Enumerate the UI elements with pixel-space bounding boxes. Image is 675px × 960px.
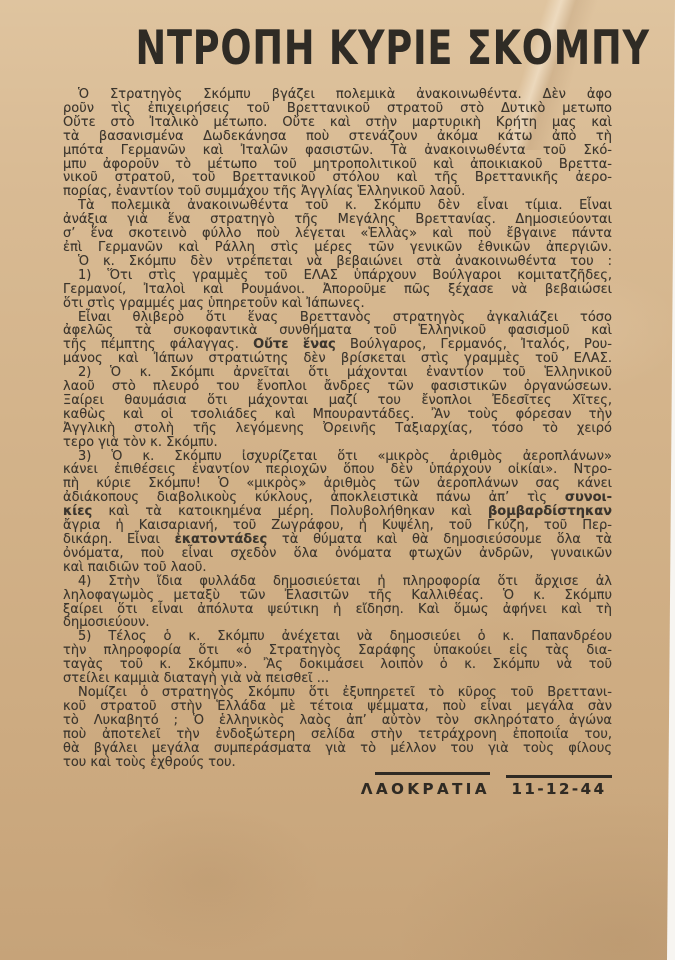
paragraph: 5) Τέλος ὁ κ. Σκόμπυ ἀνέχεται νὰ δημοσιε…: [63, 630, 612, 686]
paragraph: Τὰ πολεμικὰ ἀνακοινωθέντα τοῦ κ. Σκόμπυ …: [63, 199, 612, 255]
text-segment: θὰ βγάλει μεγάλα συμπεράσματα γιὰ τὸ μέλ…: [63, 741, 612, 756]
signature-org-block: ΛΑΟΚΡΑΤΙΑ: [361, 772, 490, 798]
text-line: καθὼς καὶ οἱ τσολιάδες καὶ Μπουραντάδες.…: [63, 408, 612, 422]
text-line: καὶ παιδιῶν τοῦ λαοῦ.: [63, 561, 612, 575]
text-segment: κίες: [63, 504, 92, 519]
text-segment: ὅτι στὶς γραμμές μας ὑπηρετοῦν καὶ Ἰάπων…: [63, 296, 365, 311]
leaflet-content: ΝΤΡΟΠΗ ΚΥΡΙΕ ΣΚΟΜΠΥ Ὁ Στρατηγὸς Σκόμπυ β…: [63, 24, 612, 769]
document-body: Ὁ Στρατηγὸς Σκόμπυ βγάζει πολεμικὰ ἀνακο…: [63, 88, 612, 769]
document-title: ΝΤΡΟΠΗ ΚΥΡΙΕ ΣΚΟΜΠΥ: [63, 24, 612, 73]
text-segment: νικοῦ στρατοῦ, τοῦ Βρεττανικοῦ στόλου κα…: [63, 170, 612, 185]
signature-date: 11-12-44: [506, 781, 612, 798]
text-segment: καὶ τὰ κατοικημένα μέρη. Πολυβολήθηκαν κ…: [92, 504, 488, 519]
text-line: στείλει καμμιὰ διαταγὴ γιὰ νὰ πεισθεῖ ..…: [63, 672, 612, 686]
text-segment: μπυ ἀφοροῦν τὸ μέτωπο τοῦ μητροπολιτικοῦ…: [63, 157, 612, 172]
text-line: ροῦν τὶς ἐπιχειρήσεις τοῦ Βρεττανικοῦ στ…: [63, 102, 612, 116]
text-segment: Εἶναι θλιβερὸ ὅτι ἕνας Βρεττανὸς στρατηγ…: [78, 310, 612, 325]
text-segment: λαοῦ στὸ πλευρό του ἔνοπλοι ἄνδρες τῶν φ…: [63, 379, 612, 394]
text-line: ληλοφαγωμὸς μεταξὺ τῶν Ἐλασιτῶν τῆς Καλλ…: [63, 589, 612, 603]
signature-rule-right: [506, 775, 612, 778]
text-segment: συνοι-: [565, 490, 612, 505]
text-line: ὅτι στὶς γραμμές μας ὑπηρετοῦν καὶ Ἰάπων…: [63, 297, 612, 311]
text-line: κοῦ στρατοῦ στὴν Ἑλλάδα μὲ τέτοια ψέμματ…: [63, 700, 612, 714]
text-segment: του καὶ τοὺς ἐχθρούς του.: [63, 755, 236, 770]
text-segment: Ὁ Στρατηγὸς Σκόμπυ βγάζει πολεμικὰ ἀνακο…: [78, 87, 612, 102]
signature-rule-left: [375, 772, 490, 775]
text-segment: 2) Ὁ κ. Σκόμπι ἀρνεῖται ὅτι μάχονται ἐνα…: [78, 365, 612, 380]
paragraph: Εἶναι θλιβερὸ ὅτι ἕνας Βρεττανὸς στρατηγ…: [63, 311, 612, 367]
text-segment: Ἀγγλικὴ στολὴ τῆς λεγόμενης Ὀρεινῆς Ταξι…: [63, 421, 612, 436]
text-segment: Βούλγαρος, Γερμανός, Ἰταλός, Ρου-: [336, 337, 612, 352]
text-line: ἐπὶ Γερμανῶν καὶ Ράλλη στὶς μέρες τῶν γε…: [63, 241, 612, 255]
text-segment: Οὔτε στὸ Ἰταλικὸ μέτωπο. Οὔτε καὶ στὴν μ…: [63, 115, 612, 130]
text-segment: τῆς πέμπτης φάλαγγας.: [63, 337, 253, 352]
text-segment: καὶ παιδιῶν τοῦ λαοῦ.: [63, 560, 207, 575]
text-line: τὸ Λυκαβητό ; Ὁ ἑλληνικὸς λαὸς ἀπ’ αὐτὸν…: [63, 714, 612, 728]
text-line: Ὁ κ. Σκόμπυ δὲν ντρέπεται νὰ βεβαιώνει σ…: [63, 255, 612, 269]
text-line: δικάρη. Εἶναι ἑκατοντάδες τὰ θύματα καὶ …: [63, 533, 612, 547]
text-line: 2) Ὁ κ. Σκόμπι ἀρνεῖται ὅτι μάχονται ἐνα…: [63, 366, 612, 380]
title-text: ΝΤΡΟΠΗ ΚΥΡΙΕ ΣΚΟΜΠΥ: [136, 24, 650, 73]
text-line: του καὶ τοὺς ἐχθρούς του.: [63, 756, 612, 770]
text-segment: Ξαίρει θαυμάσια ὅτι μάχονται μαζί του ἔν…: [63, 393, 612, 408]
text-segment: ἀνάξια γιὰ ἕνα στρατηγὸ τῆς Μεγάλης Βρετ…: [63, 212, 612, 227]
text-segment: ξαίρει ὅτι εἶναι ἀπόλυτα ψεύτικη ἡ εἴδησ…: [63, 602, 612, 617]
text-line: 3) Ὁ κ. Σκόμπυ ἰσχυρίζεται ὅτι «μικρὸς ἀ…: [63, 450, 612, 464]
signature: ΛΑΟΚΡΑΤΙΑ 11-12-44: [361, 772, 612, 798]
text-line: ξαίρει ὅτι εἶναι ἀπόλυτα ψεύτικη ἡ εἴδησ…: [63, 603, 612, 617]
text-segment: στείλει καμμιὰ διαταγὴ γιὰ νὰ πεισθεῖ ..…: [63, 671, 329, 686]
text-line: Νομίζει ὁ στρατηγὸς Σκόμπυ ὅτι ἐξυπηρετε…: [63, 686, 612, 700]
signature-date-block: 11-12-44: [506, 775, 612, 798]
paragraph: Νομίζει ὁ στρατηγὸς Σκόμπυ ὅτι ἐξυπηρετε…: [63, 686, 612, 769]
text-segment: μπότα Γερμανῶν καὶ Ἰταλῶν φασιστῶν. Τὰ ἀ…: [63, 143, 612, 158]
text-segment: δικάρη. Εἶναι: [63, 532, 175, 547]
text-line: ἀνάξια γιὰ ἕνα στρατηγὸ τῆς Μεγάλης Βρετ…: [63, 213, 612, 227]
text-segment: ὀνόματα, ποὺ εἶναι σχεδὸν ὅλα ὀνόματα φτ…: [63, 546, 612, 561]
text-line: 5) Τέλος ὁ κ. Σκόμπυ ἀνέχεται νὰ δημοσιε…: [63, 630, 612, 644]
text-line: 4) Στὴν ἴδια φυλλάδα δημοσιεύεται ἡ πληρ…: [63, 575, 612, 589]
paragraph: 4) Στὴν ἴδια φυλλάδα δημοσιεύεται ἡ πληρ…: [63, 575, 612, 631]
text-segment: τὰ βασανισμένα Δωδεκάνησα ποὺ στενάζουν …: [63, 129, 612, 144]
text-line: ταγὰς τοῦ κ. Σκόμπυ». Ἂς δοκιμάσει λοιπὸ…: [63, 658, 612, 672]
text-line: θὰ βγάλει μεγάλα συμπεράσματα γιὰ τὸ μέλ…: [63, 742, 612, 756]
text-segment: σ’ ἕνα σκοτεινὸ φύλλο ποὺ λέγεται «Ἑλλὰς…: [63, 226, 612, 241]
text-segment: 1) Ὅτι στὶς γραμμὲς τοῦ ΕΛΑΣ ὑπάρχουν Βο…: [78, 268, 612, 283]
text-line: Ἀγγλικὴ στολὴ τῆς λεγόμενης Ὀρεινῆς Ταξι…: [63, 422, 612, 436]
text-segment: ληλοφαγωμὸς μεταξὺ τῶν Ἐλασιτῶν τῆς Καλλ…: [63, 588, 612, 603]
text-line: μπυ ἀφοροῦν τὸ μέτωπο τοῦ μητροπολιτικοῦ…: [63, 158, 612, 172]
text-line: κίες καὶ τὰ κατοικημένα μέρη. Πολυβολήθη…: [63, 505, 612, 519]
text-line: πὴ κύριε Σκόμπυ! Ὁ «μικρὸς» ἀριθμὸς τῶν …: [63, 477, 612, 491]
text-line: νικοῦ στρατοῦ, τοῦ Βρεττανικοῦ στόλου κα…: [63, 171, 612, 185]
text-segment: 3) Ὁ κ. Σκόμπυ ἰσχυρίζεται ὅτι «μικρὸς ἀ…: [78, 449, 612, 464]
text-segment: ἑκατοντάδες: [175, 532, 268, 547]
text-line: Τὰ πολεμικὰ ἀνακοινωθέντα τοῦ κ. Σκόμπυ …: [63, 199, 612, 213]
text-line: ἀφελῶς τὰ συκοφαντικὰ συνθήματα τοῦ Ἑλλη…: [63, 324, 612, 338]
text-line: δημοσιεύουν.: [63, 616, 612, 630]
paragraph: 1) Ὅτι στὶς γραμμὲς τοῦ ΕΛΑΣ ὑπάρχουν Βο…: [63, 269, 612, 311]
text-line: Ξαίρει θαυμάσια ὅτι μάχονται μαζί του ἔν…: [63, 394, 612, 408]
text-segment: ἄγρια ἡ Καισαριανή, τοῦ Ζωγράφου, ἡ Κυψέ…: [63, 518, 612, 533]
text-segment: ἀδιάκοπους διαβολικοὺς κύκλους, ἀποκλεισ…: [63, 490, 565, 505]
text-segment: Οὔτε ἕνας: [253, 337, 336, 352]
text-segment: τὴν πληροφορία ὅτι «ὁ Στρατηγὸς Σαράφης …: [63, 643, 612, 658]
text-segment: ποὺ ἀποτελεῖ τὴν ἐνδοξώτερη σελίδα στὴν …: [63, 727, 612, 742]
text-line: μπότα Γερμανῶν καὶ Ἰταλῶν φασιστῶν. Τὰ ἀ…: [63, 144, 612, 158]
text-segment: ροῦν τὶς ἐπιχειρήσεις τοῦ Βρεττανικοῦ στ…: [63, 101, 612, 116]
text-segment: τερο γιὰ τὸν κ. Σκόμπυ.: [63, 435, 218, 450]
text-line: ὀνόματα, ποὺ εἶναι σχεδὸν ὅλα ὀνόματα φτ…: [63, 547, 612, 561]
text-line: τερο γιὰ τὸν κ. Σκόμπυ.: [63, 436, 612, 450]
text-segment: Ὁ κ. Σκόμπυ δὲν ντρέπεται νὰ βεβαιώνει σ…: [78, 254, 612, 269]
text-segment: μάνος καὶ Ἰάπων στρατιώτης δὲν βρίσκεται…: [63, 351, 612, 366]
paragraph: 2) Ὁ κ. Σκόμπι ἀρνεῖται ὅτι μάχονται ἐνα…: [63, 366, 612, 449]
text-segment: 5) Τέλος ὁ κ. Σκόμπυ ἀνέχεται νὰ δημοσιε…: [78, 629, 612, 644]
text-line: τὴν πληροφορία ὅτι «ὁ Στρατηγὸς Σαράφης …: [63, 644, 612, 658]
text-segment: κάνει ἐπιθέσεις ἐναντίον περιοχῶν ὅπου δ…: [63, 462, 612, 477]
text-line: Εἶναι θλιβερὸ ὅτι ἕνας Βρεττανὸς στρατηγ…: [63, 311, 612, 325]
text-line: ἀδιάκοπους διαβολικοὺς κύκλους, ἀποκλεισ…: [63, 491, 612, 505]
text-line: ἄγρια ἡ Καισαριανή, τοῦ Ζωγράφου, ἡ Κυψέ…: [63, 519, 612, 533]
text-segment: ταγὰς τοῦ κ. Σκόμπυ». Ἂς δοκιμάσει λοιπὸ…: [63, 657, 612, 672]
text-segment: Γερμανοί, Ἰταλοὶ καὶ Ρουμάνοι. Ἀποροῦμε …: [63, 282, 612, 297]
paragraph: 3) Ὁ κ. Σκόμπυ ἰσχυρίζεται ὅτι «μικρὸς ἀ…: [63, 450, 612, 575]
text-line: μάνος καὶ Ἰάπων στρατιώτης δὲν βρίσκεται…: [63, 352, 612, 366]
paragraph: Ὁ κ. Σκόμπυ δὲν ντρέπεται νὰ βεβαιώνει σ…: [63, 255, 612, 269]
text-segment: ἀφελῶς τὰ συκοφαντικὰ συνθήματα τοῦ Ἑλλη…: [63, 323, 612, 338]
scan-root: ΝΤΡΟΠΗ ΚΥΡΙΕ ΣΚΟΜΠΥ Ὁ Στρατηγὸς Σκόμπυ β…: [0, 0, 675, 960]
text-line: τῆς πέμπτης φάλαγγας. Οὔτε ἕνας Βούλγαρο…: [63, 338, 612, 352]
text-line: ποὺ ἀποτελεῖ τὴν ἐνδοξώτερη σελίδα στὴν …: [63, 728, 612, 742]
text-segment: Νομίζει ὁ στρατηγὸς Σκόμπυ ὅτι ἐξυπηρετε…: [78, 685, 612, 700]
text-line: τὰ βασανισμένα Δωδεκάνησα ποὺ στενάζουν …: [63, 130, 612, 144]
text-line: κάνει ἐπιθέσεις ἐναντίον περιοχῶν ὅπου δ…: [63, 463, 612, 477]
text-line: σ’ ἕνα σκοτεινὸ φύλλο ποὺ λέγεται «Ἑλλὰς…: [63, 227, 612, 241]
text-segment: 4) Στὴν ἴδια φυλλάδα δημοσιεύεται ἡ πληρ…: [78, 574, 612, 589]
text-segment: κοῦ στρατοῦ στὴν Ἑλλάδα μὲ τέτοια ψέμματ…: [63, 699, 612, 714]
text-line: Γερμανοί, Ἰταλοὶ καὶ Ρουμάνοι. Ἀποροῦμε …: [63, 283, 612, 297]
text-segment: βομβαρδίστηκαν: [488, 504, 612, 519]
text-line: Ὁ Στρατηγὸς Σκόμπυ βγάζει πολεμικὰ ἀνακο…: [63, 88, 612, 102]
text-segment: τὸ Λυκαβητό ; Ὁ ἑλληνικὸς λαὸς ἀπ’ αὐτὸν…: [63, 713, 612, 728]
text-segment: Τὰ πολεμικὰ ἀνακοινωθέντα τοῦ κ. Σκόμπυ …: [78, 198, 612, 213]
text-segment: ἐπὶ Γερμανῶν καὶ Ράλλη στὶς μέρες τῶν γε…: [63, 240, 612, 255]
signature-org: ΛΑΟΚΡΑΤΙΑ: [361, 781, 490, 798]
text-segment: τὰ θύματα καὶ θὰ δημοσιεύσουμε ὅλα τὰ: [267, 532, 612, 547]
text-segment: πὴ κύριε Σκόμπυ! Ὁ «μικρὸς» ἀριθμὸς τῶν …: [63, 476, 612, 491]
paragraph: Ὁ Στρατηγὸς Σκόμπυ βγάζει πολεμικὰ ἀνακο…: [63, 88, 612, 199]
text-line: Οὔτε στὸ Ἰταλικὸ μέτωπο. Οὔτε καὶ στὴν μ…: [63, 116, 612, 130]
text-line: λαοῦ στὸ πλευρό του ἔνοπλοι ἄνδρες τῶν φ…: [63, 380, 612, 394]
text-line: 1) Ὅτι στὶς γραμμὲς τοῦ ΕΛΑΣ ὑπάρχουν Βο…: [63, 269, 612, 283]
text-segment: καθὼς καὶ οἱ τσολιάδες καὶ Μπουραντάδες.…: [63, 407, 612, 422]
text-segment: δημοσιεύουν.: [63, 615, 149, 630]
